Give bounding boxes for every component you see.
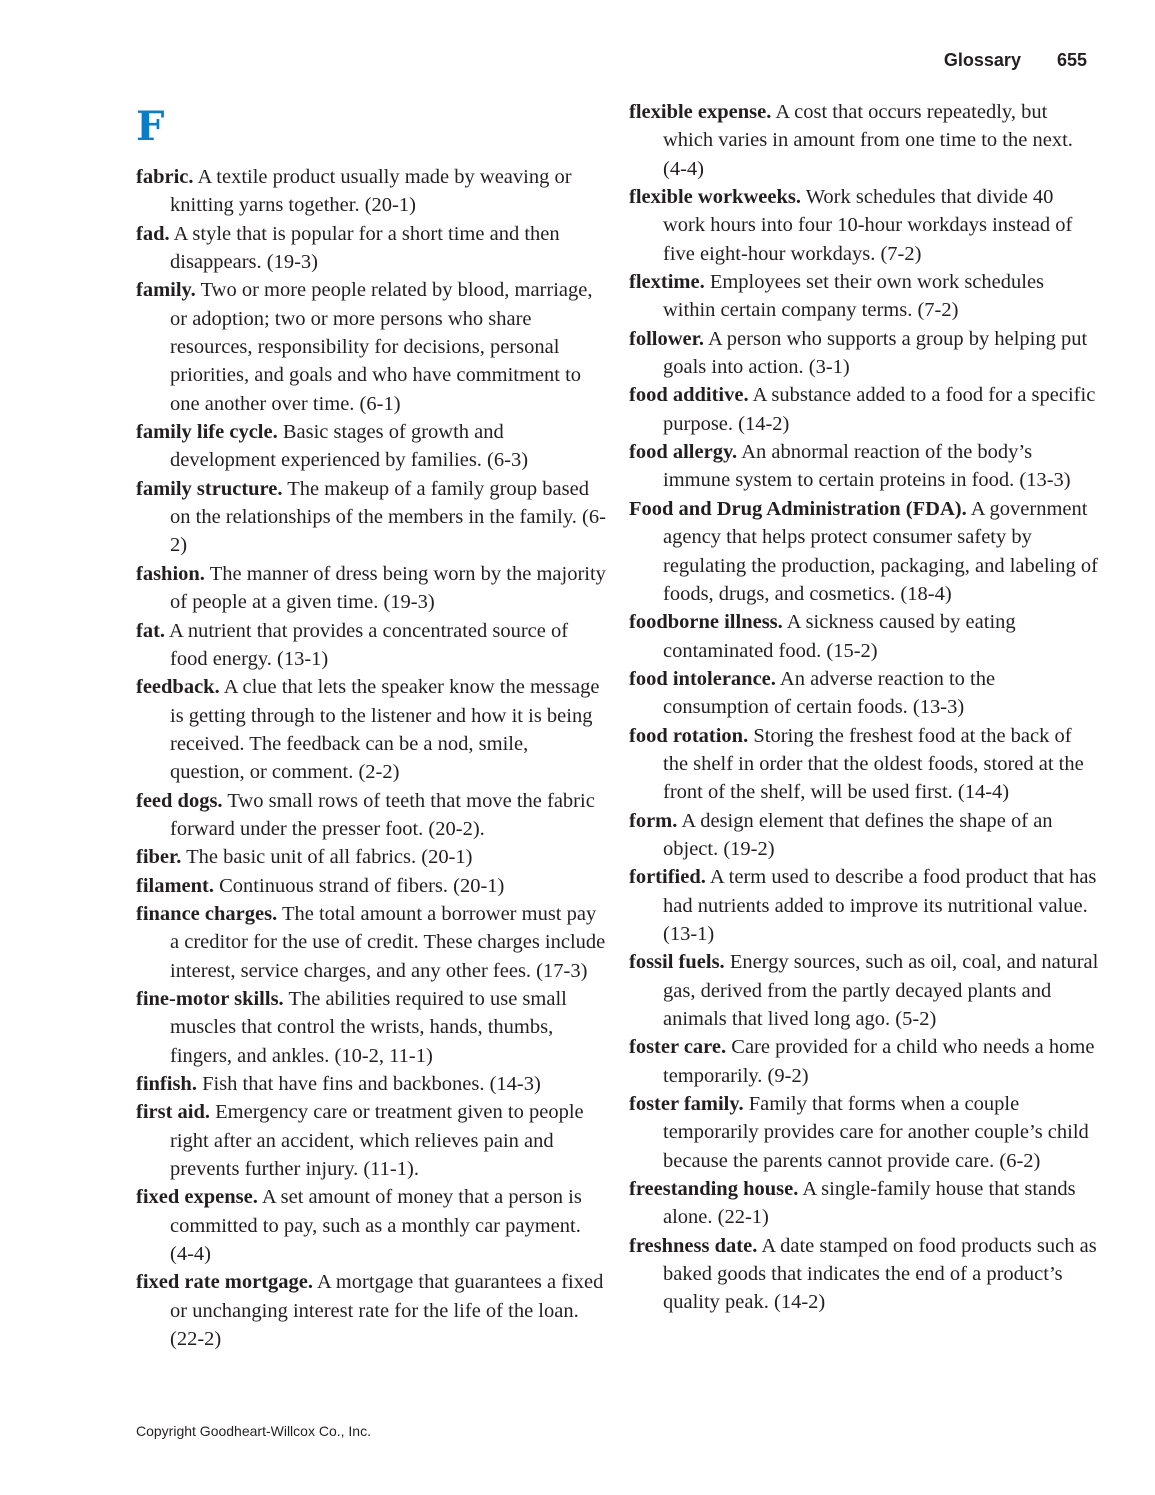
copyright-footer: Copyright Goodheart-Willcox Co., Inc. xyxy=(136,1423,371,1439)
entry-list-right: flexible expense. A cost that occurs rep… xyxy=(629,98,1099,1317)
glossary-term: fixed rate mortgage. xyxy=(136,1271,313,1293)
glossary-definition: The manner of dress being worn by the ma… xyxy=(170,563,606,613)
glossary-entry: fad. A style that is popular for a short… xyxy=(136,220,606,277)
glossary-entry: fixed rate mortgage. A mortgage that gua… xyxy=(136,1268,606,1353)
glossary-entry: first aid. Emergency care or treatment g… xyxy=(136,1098,606,1183)
glossary-entry: freshness date. A date stamped on food p… xyxy=(629,1232,1099,1317)
glossary-entry: foster care. Care provided for a child w… xyxy=(629,1033,1099,1090)
glossary-term: finfish. xyxy=(136,1073,197,1095)
glossary-term: freestanding house. xyxy=(629,1178,798,1200)
glossary-entry: fine-motor skills. The abilities require… xyxy=(136,985,606,1070)
glossary-term: fortified. xyxy=(629,866,706,888)
glossary-term: fixed expense. xyxy=(136,1186,258,1208)
glossary-entry: fiber. The basic unit of all fabrics. (2… xyxy=(136,843,606,871)
glossary-column-right: flexible expense. A cost that occurs rep… xyxy=(629,98,1099,1317)
glossary-entry: fixed expense. A set amount of money tha… xyxy=(136,1183,606,1268)
glossary-definition: Energy sources, such as oil, coal, and n… xyxy=(663,951,1098,1030)
glossary-entry: fossil fuels. Energy sources, such as oi… xyxy=(629,948,1099,1033)
glossary-definition: Care provided for a child who needs a ho… xyxy=(663,1036,1094,1086)
glossary-entry: food additive. A substance added to a fo… xyxy=(629,381,1099,438)
glossary-entry: food rotation. Storing the freshest food… xyxy=(629,722,1099,807)
glossary-definition: Employees set their own work schedules w… xyxy=(663,271,1044,321)
glossary-entry: family structure. The makeup of a family… xyxy=(136,475,606,560)
glossary-term: foodborne illness. xyxy=(629,611,783,633)
glossary-term: flextime. xyxy=(629,271,705,293)
glossary-term: food intolerance. xyxy=(629,668,776,690)
glossary-entry: filament. Continuous strand of fibers. (… xyxy=(136,872,606,900)
section-title: Glossary xyxy=(944,50,1021,71)
glossary-definition: The basic unit of all fabrics. (20-1) xyxy=(186,846,472,868)
glossary-term: follower. xyxy=(629,328,704,350)
glossary-entry: foodborne illness. A sickness caused by … xyxy=(629,608,1099,665)
glossary-entry: finance charges. The total amount a borr… xyxy=(136,900,606,985)
running-header: Glossary 655 xyxy=(944,50,1087,71)
glossary-term: food rotation. xyxy=(629,725,748,747)
glossary-entry: feedback. A clue that lets the speaker k… xyxy=(136,673,606,786)
glossary-definition: A nutrient that provides a concentrated … xyxy=(169,620,568,670)
glossary-definition: A person who supports a group by helping… xyxy=(663,328,1087,378)
glossary-term: fad. xyxy=(136,223,170,245)
glossary-entry: follower. A person who supports a group … xyxy=(629,325,1099,382)
glossary-entry: fabric. A textile product usually made b… xyxy=(136,163,606,220)
glossary-term: finance charges. xyxy=(136,903,277,925)
glossary-term: filament. xyxy=(136,875,214,897)
glossary-term: foster care. xyxy=(629,1036,726,1058)
glossary-column-left: F fabric. A textile product usually made… xyxy=(136,101,606,1353)
glossary-entry: family. Two or more people related by bl… xyxy=(136,276,606,418)
glossary-term: fossil fuels. xyxy=(629,951,725,973)
glossary-term: family structure. xyxy=(136,478,283,500)
letter-heading: F xyxy=(136,101,606,153)
glossary-definition: Two or more people related by blood, mar… xyxy=(170,279,592,414)
glossary-entry: flextime. Employees set their own work s… xyxy=(629,268,1099,325)
glossary-term: fashion. xyxy=(136,563,205,585)
glossary-term: fiber. xyxy=(136,846,181,868)
glossary-entry: finfish. Fish that have fins and backbon… xyxy=(136,1070,606,1098)
glossary-entry: food intolerance. An adverse reaction to… xyxy=(629,665,1099,722)
glossary-term: feedback. xyxy=(136,676,220,698)
glossary-entry: form. A design element that defines the … xyxy=(629,807,1099,864)
glossary-definition: A design element that defines the shape … xyxy=(663,810,1053,860)
glossary-entry: flexible expense. A cost that occurs rep… xyxy=(629,98,1099,183)
glossary-definition: A term used to describe a food product t… xyxy=(663,866,1096,945)
glossary-term: foster family. xyxy=(629,1093,744,1115)
glossary-entry: family life cycle. Basic stages of growt… xyxy=(136,418,606,475)
glossary-definition: Two small rows of teeth that move the fa… xyxy=(170,790,595,840)
glossary-term: form. xyxy=(629,810,677,832)
glossary-entry: food allergy. An abnormal reaction of th… xyxy=(629,438,1099,495)
glossary-term: flexible workweeks. xyxy=(629,186,801,208)
glossary-term: freshness date. xyxy=(629,1235,757,1257)
glossary-entry: fashion. The manner of dress being worn … xyxy=(136,560,606,617)
glossary-entry: feed dogs. Two small rows of teeth that … xyxy=(136,787,606,844)
glossary-entry: flexible workweeks. Work schedules that … xyxy=(629,183,1099,268)
glossary-term: family. xyxy=(136,279,196,301)
glossary-term: fabric. xyxy=(136,166,194,188)
entry-list-left: fabric. A textile product usually made b… xyxy=(136,163,606,1353)
glossary-term: food additive. xyxy=(629,384,749,406)
glossary-entry: fortified. A term used to describe a foo… xyxy=(629,863,1099,948)
glossary-entry: Food and Drug Administration (FDA). A go… xyxy=(629,495,1099,608)
glossary-entry: freestanding house. A single-family hous… xyxy=(629,1175,1099,1232)
glossary-entry: foster family. Family that forms when a … xyxy=(629,1090,1099,1175)
glossary-term: first aid. xyxy=(136,1101,210,1123)
glossary-definition: Emergency care or treatment given to peo… xyxy=(170,1101,584,1180)
glossary-term: family life cycle. xyxy=(136,421,278,443)
page-number: 655 xyxy=(1057,50,1087,71)
glossary-definition: A style that is popular for a short time… xyxy=(170,223,560,273)
glossary-term: feed dogs. xyxy=(136,790,223,812)
glossary-term: fat. xyxy=(136,620,165,642)
glossary-entry: fat. A nutrient that provides a concentr… xyxy=(136,617,606,674)
glossary-definition: A textile product usually made by weavin… xyxy=(170,166,572,216)
glossary-term: Food and Drug Administration (FDA). xyxy=(629,498,967,520)
glossary-term: flexible expense. xyxy=(629,101,771,123)
glossary-definition: Continuous strand of fibers. (20-1) xyxy=(219,875,504,897)
glossary-term: fine-motor skills. xyxy=(136,988,284,1010)
glossary-definition: A clue that lets the speaker know the me… xyxy=(170,676,599,783)
glossary-definition: Fish that have fins and backbones. (14-3… xyxy=(202,1073,541,1095)
glossary-term: food allergy. xyxy=(629,441,737,463)
